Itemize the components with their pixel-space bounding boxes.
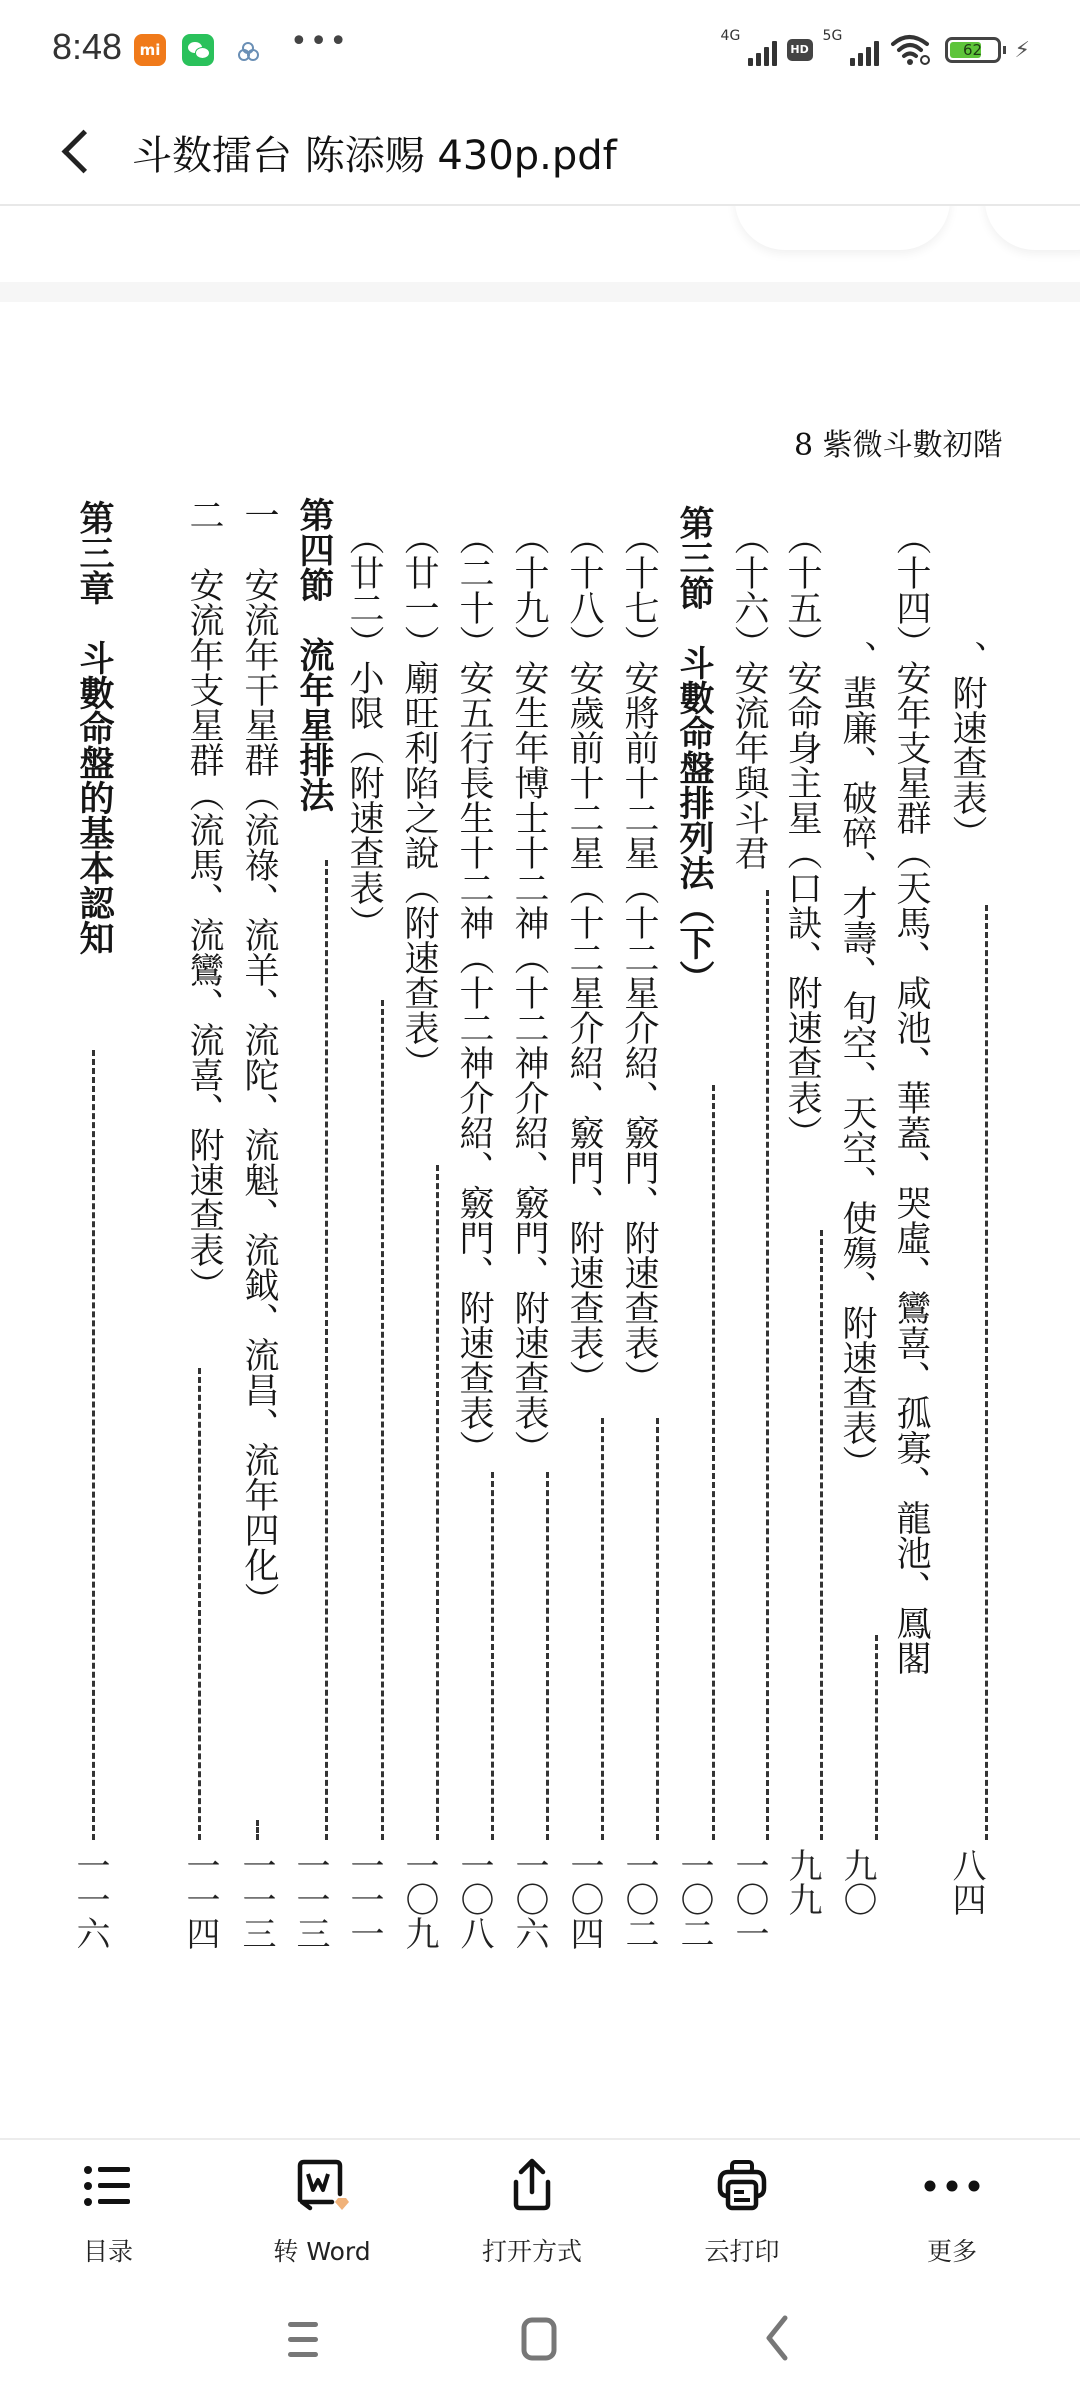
- printer-icon: [712, 2156, 772, 2216]
- toc-entry[interactable]: （十九）安生年博士十二神（十二神介紹、竅門、附速查表）: [507, 520, 551, 1465]
- bottom-toolbar: 目录 转 Word 打开方式 云打印 更多: [0, 2138, 1080, 2280]
- status-time: 8:48: [52, 26, 122, 68]
- toc-section-heading[interactable]: 第三節 斗數命盤排列法（下）: [672, 505, 716, 995]
- toc-page-number: 九〇: [835, 1848, 879, 1916]
- back-button[interactable]: [56, 122, 106, 182]
- page-gap: [0, 282, 1080, 302]
- toc-leader: [198, 1368, 201, 1840]
- toc-button[interactable]: 目录: [28, 2154, 188, 2274]
- toc-entry[interactable]: （廿一）廟旺利陷之說（附速查表）: [397, 520, 441, 1080]
- toc-leader: [875, 1635, 878, 1840]
- share-open-icon: [502, 2156, 562, 2216]
- status-indicators: 4G HD 5G 62 ⚡: [721, 30, 1030, 70]
- hd-icon: HD: [787, 39, 813, 61]
- toc-leader: [820, 1230, 823, 1840]
- battery-icon: 62: [945, 37, 1001, 63]
- cloud-print-button[interactable]: 云打印: [662, 2154, 822, 2274]
- toc-entry-continuation[interactable]: 、附速查表）: [945, 640, 989, 850]
- cluster-icon: [238, 42, 258, 58]
- toc-page-number: 一〇一: [727, 1848, 771, 1950]
- toc-page-number: 一一一: [342, 1848, 386, 1950]
- toc-leader: [766, 890, 769, 1840]
- top-app-bar: 斗数擂台 陈添赐 430p.pdf: [0, 100, 1080, 206]
- toc-leader: [546, 1472, 549, 1840]
- toc-page-number: 一〇八: [452, 1848, 496, 1950]
- more-button[interactable]: 更多: [872, 2154, 1032, 2274]
- toc-leader: [985, 905, 988, 1840]
- toc-page-number: 一〇九: [397, 1848, 441, 1950]
- recents-button[interactable]: [264, 2310, 344, 2370]
- toc-leader: [381, 1000, 384, 1840]
- toc-leader: [92, 1050, 95, 1840]
- status-bar: 8:48 mi ••• 4G HD 5G 62 ⚡: [0, 0, 1080, 100]
- system-nav-bar: [0, 2280, 1080, 2400]
- toc-chapter-heading[interactable]: 第三章 斗數命盤的基本認知: [72, 500, 116, 955]
- toc-page-number: 一〇二: [617, 1848, 661, 1950]
- menu-icon: [264, 2310, 344, 2370]
- running-header: 8 紫微斗數初階: [794, 420, 1003, 464]
- toc-entry[interactable]: （十四）安年支星群（天馬、咸池、華蓋、哭虛、鸞喜、孤寡、龍池、鳳閣: [889, 520, 933, 1675]
- cloud-print-label: 云打印: [662, 2232, 822, 2268]
- toc-page-number: 一一三: [234, 1848, 278, 1950]
- toc-leader: [656, 1418, 659, 1840]
- more-label: 更多: [872, 2232, 1032, 2268]
- signal-4g-label: 4G: [721, 28, 741, 44]
- toc-page-number: 一一四: [178, 1848, 222, 1950]
- convert-word-button[interactable]: 转 Word: [242, 2154, 402, 2274]
- convert-word-label: 转 Word: [242, 2232, 402, 2268]
- open-with-button[interactable]: 打开方式: [452, 2154, 612, 2274]
- more-notifications-icon: •••: [290, 24, 349, 59]
- toc-entry[interactable]: 二 安流年支星群（流馬、流鸞、流喜、附速查表）: [182, 497, 226, 1302]
- home-square-icon: [500, 2310, 580, 2370]
- toc-leader: [491, 1472, 494, 1840]
- signal-5g-label: 5G: [823, 28, 843, 44]
- back-chevron-icon: [735, 2310, 815, 2370]
- toc-page-number: 一一三: [288, 1848, 332, 1950]
- mi-icon: mi: [134, 34, 166, 66]
- toc-entry[interactable]: （十六）安流年與斗君: [727, 520, 771, 870]
- signal-5g-icon: 5G: [823, 32, 879, 68]
- toc-page-number: 一〇二: [672, 1848, 716, 1950]
- toc-leader: [325, 860, 328, 1840]
- toc-entry[interactable]: （十八）安歲前十二星（十二星介紹、竅門、附速查表）: [562, 520, 606, 1395]
- toc-button-label: 目录: [28, 2232, 188, 2268]
- toc-entry[interactable]: （廿二）小限（附速查表）: [342, 520, 386, 940]
- toc-entry[interactable]: （十七）安將前十二星（十二星介紹、竅門、附速查表）: [617, 520, 661, 1395]
- convert-word-icon: [292, 2156, 352, 2216]
- toc-entry-continuation[interactable]: 、蜚廉、破碎、才壽、旬空、天空、使殤、附速查表）: [835, 640, 879, 1480]
- toc-page-number: 一〇六: [507, 1848, 551, 1950]
- wechat-icon: [182, 34, 214, 66]
- wifi-icon: [889, 32, 935, 68]
- battery-percent: 62: [948, 40, 998, 60]
- charging-icon: ⚡: [1015, 38, 1030, 63]
- toc-leader: [436, 1165, 439, 1840]
- system-back-button[interactable]: [735, 2310, 815, 2370]
- toc-page-number: 一一六: [68, 1848, 112, 1950]
- open-with-label: 打开方式: [452, 2232, 612, 2268]
- toc-entry[interactable]: （二十）安五行長生十二神（十二神介紹、竅門、附速查表）: [452, 520, 496, 1465]
- toc-page-number: 九九: [780, 1848, 824, 1916]
- toc-entry[interactable]: 一 安流年干星群（流祿、流羊、流陀、流魁、流鉞、流昌、流年四化）: [237, 497, 281, 1617]
- toc-section-heading[interactable]: 第四節 流年星排法: [292, 497, 336, 812]
- more-icon: [922, 2156, 982, 2216]
- toc-leader: [712, 1085, 715, 1840]
- toc-entry[interactable]: （十五）安命身主星（口訣、附速查表）: [780, 520, 824, 1150]
- list-icon: [78, 2156, 138, 2216]
- signal-4g-icon: 4G: [721, 32, 777, 68]
- document-title: 斗数擂台 陈添赐 430p.pdf: [132, 124, 617, 181]
- home-button[interactable]: [500, 2310, 580, 2370]
- toc-leader: [601, 1418, 604, 1840]
- toc-leader: [256, 1820, 259, 1840]
- toc-page-number: 一〇四: [562, 1848, 606, 1950]
- toc-page-number: 八四: [944, 1848, 988, 1916]
